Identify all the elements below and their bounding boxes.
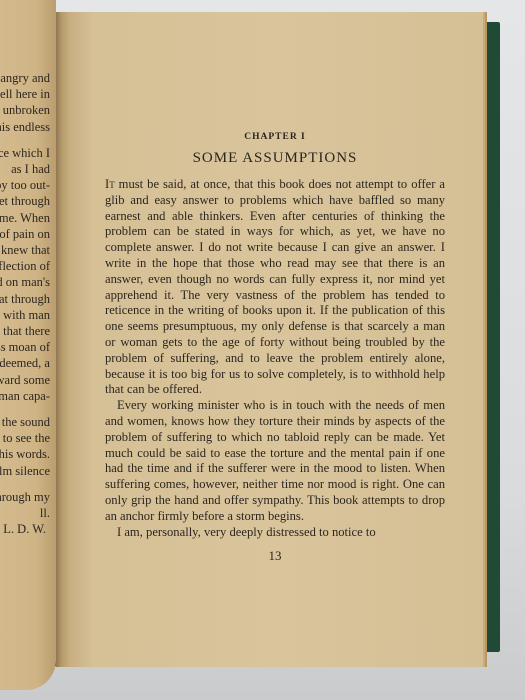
left-page-line: of pain on [0,226,50,242]
left-page-line: as I had [0,161,50,177]
left-page-gap [0,404,50,414]
left-page-line: ward some [0,372,50,388]
paragraph-1: It must be said, at once, that this book… [105,177,445,398]
left-page-line: l that there [0,323,50,339]
right-page: CHAPTER I SOME ASSUMPTIONS It must be sa… [68,12,483,667]
left-page-line: angry and [0,70,50,86]
left-page-line: me. When [0,210,50,226]
left-page-line: ll. [0,505,50,521]
left-page-line: unbroken [0,102,50,118]
left-page-line: ce which I [0,145,50,161]
left-page-line: alm silence [0,463,50,479]
left-page-line: ell here in [0,86,50,102]
left-page-line: uman capa- [0,388,50,404]
page-number: 13 [105,548,445,564]
left-page-gap [0,135,50,145]
paragraph-2: Every working minister who is in touch w… [105,398,445,524]
left-page-line: eflection of [0,258,50,274]
book-cover-edge [482,22,500,652]
left-page-line: redeemed, a [0,355,50,371]
page-content: CHAPTER I SOME ASSUMPTIONS It must be sa… [105,132,445,564]
left-page-text: angry andell here inunbrokenhis endlessc… [0,70,50,537]
drop-word: It [105,177,115,191]
left-page: angry andell here inunbrokenhis endlessc… [0,0,56,690]
left-page-line: py too out- [0,177,50,193]
left-page-line: ss moan of [0,339,50,355]
chapter-label: CHAPTER I [105,132,445,142]
left-page-line: his words. [0,446,50,462]
left-page-line: d on man's [0,274,50,290]
left-page-line: knew that [0,242,50,258]
left-page-line: et through [0,193,50,209]
left-page-line: t the sound [0,414,50,430]
left-page-line: his endless [0,119,50,135]
left-page-gap [0,479,50,489]
left-page-line: r to see the [0,430,50,446]
chapter-title: SOME ASSUMPTIONS [105,150,445,167]
signature: L. D. W. [0,521,50,537]
left-page-line: l with man [0,307,50,323]
paragraph-3: I am, personally, very deeply distressed… [105,525,445,541]
left-page-line: hrough my [0,489,50,505]
left-page-line: nat through [0,291,50,307]
